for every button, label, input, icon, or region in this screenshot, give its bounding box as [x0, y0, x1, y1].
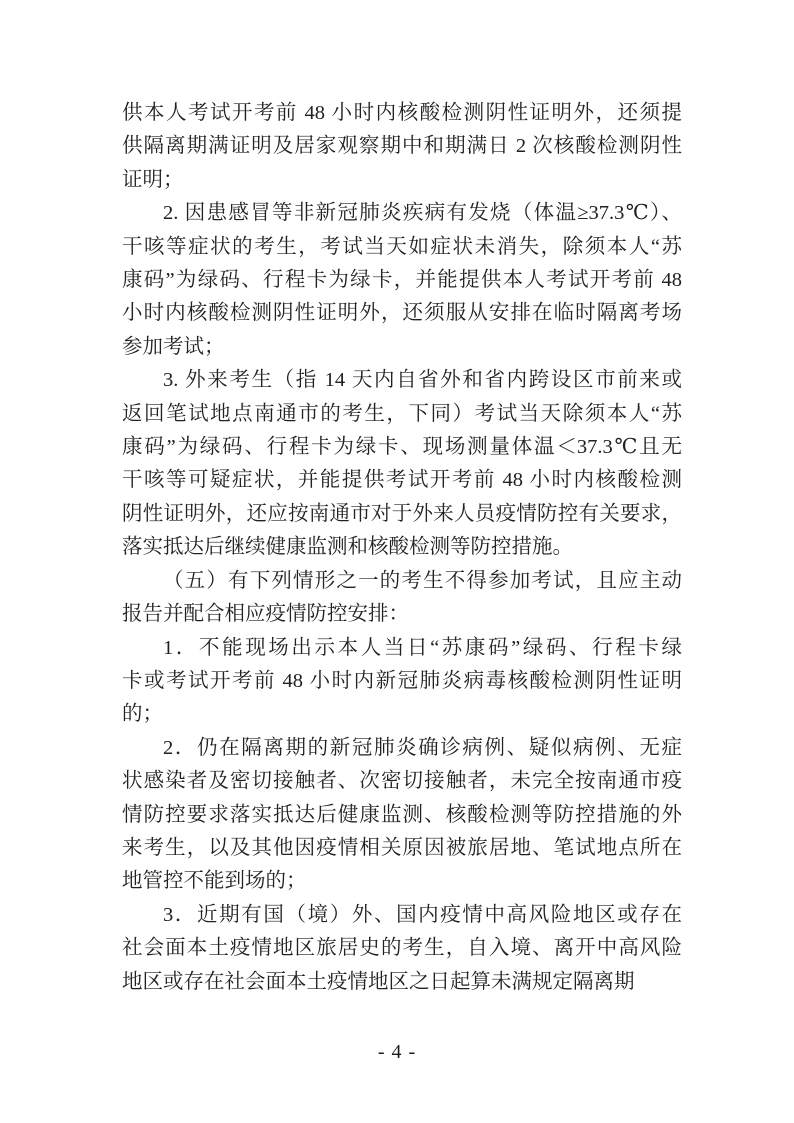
text-line: 3．近期有国（境）外、国内疫情中高风险地区或存在 [122, 899, 682, 932]
page: 供本人考试开考前 48 小时内核酸检测阴性证明外，还须提供隔离期满证明及居家观察… [0, 0, 794, 1123]
paragraph: 供本人考试开考前 48 小时内核酸检测阴性证明外，还须提供隔离期满证明及居家观察… [122, 97, 682, 197]
text-line: 供隔离期满证明及居家观察期中和期满日 2 次核酸检测阴性 [122, 130, 682, 163]
text-line: 1．不能现场出示本人当日“苏康码”绿码、行程卡绿 [122, 632, 682, 665]
paragraph: 1．不能现场出示本人当日“苏康码”绿码、行程卡绿卡或考试开考前 48 小时内新冠… [122, 632, 682, 732]
text-line: 2. 因患感冒等非新冠肺炎疾病有发烧（体温≥37.3℃）、 [122, 197, 682, 230]
text-line: 康码”为绿码、行程卡为绿卡、现场测量体温＜37.3℃且无 [122, 431, 682, 464]
document-body: 供本人考试开考前 48 小时内核酸检测阴性证明外，还须提供隔离期满证明及居家观察… [122, 97, 682, 999]
page-number: - 4 - [0, 1041, 794, 1064]
text-line: （五）有下列情形之一的考生不得参加考试，且应主动 [122, 565, 682, 598]
text-line: 3. 外来考生（指 14 天内自省外和省内跨设区市前来或 [122, 364, 682, 397]
text-line: 干咳等症状的考生，考试当天如症状未消失，除须本人“苏 [122, 231, 682, 264]
text-line: 状感染者及密切接触者、次密切接触者，未完全按南通市疫 [122, 765, 682, 798]
text-line: 康码”为绿码、行程卡为绿卡，并能提供本人考试开考前 48 [122, 264, 682, 297]
text-line: 小时内核酸检测阴性证明外，还须服从安排在临时隔离考场 [122, 297, 682, 330]
text-line: 来考生，以及其他因疫情相关原因被旅居地、笔试地点所在 [122, 832, 682, 865]
text-line: 干咳等可疑症状，并能提供考试开考前 48 小时内核酸检测 [122, 464, 682, 497]
paragraph: 3．近期有国（境）外、国内疫情中高风险地区或存在社会面本土疫情地区旅居史的考生，… [122, 899, 682, 999]
text-line: 的； [122, 698, 682, 731]
text-line: 报告并配合相应疫情防控安排： [122, 598, 682, 631]
text-line: 社会面本土疫情地区旅居史的考生，自入境、离开中高风险 [122, 932, 682, 965]
text-line: 地管控不能到场的； [122, 865, 682, 898]
paragraph: 2．仍在隔离期的新冠肺炎确诊病例、疑似病例、无症状感染者及密切接触者、次密切接触… [122, 732, 682, 899]
text-line: 返回笔试地点南通市的考生，下同）考试当天除须本人“苏 [122, 398, 682, 431]
text-line: 卡或考试开考前 48 小时内新冠肺炎病毒核酸检测阴性证明 [122, 665, 682, 698]
text-line: 证明； [122, 164, 682, 197]
paragraph: （五）有下列情形之一的考生不得参加考试，且应主动报告并配合相应疫情防控安排： [122, 565, 682, 632]
text-line: 地区或存在社会面本土疫情地区之日起算未满规定隔离期 [122, 966, 682, 999]
text-line: 情防控要求落实抵达后健康监测、核酸检测等防控措施的外 [122, 799, 682, 832]
text-line: 阴性证明外，还应按南通市对于外来人员疫情防控有关要求， [122, 498, 682, 531]
text-line: 供本人考试开考前 48 小时内核酸检测阴性证明外，还须提 [122, 97, 682, 130]
paragraph: 3. 外来考生（指 14 天内自省外和省内跨设区市前来或返回笔试地点南通市的考生… [122, 364, 682, 564]
text-line: 2．仍在隔离期的新冠肺炎确诊病例、疑似病例、无症 [122, 732, 682, 765]
text-line: 参加考试； [122, 331, 682, 364]
paragraph: 2. 因患感冒等非新冠肺炎疾病有发烧（体温≥37.3℃）、干咳等症状的考生，考试… [122, 197, 682, 364]
text-line: 落实抵达后继续健康监测和核酸检测等防控措施。 [122, 531, 682, 564]
document-page: { "page": { "background_color": "#ffffff… [0, 0, 794, 1123]
